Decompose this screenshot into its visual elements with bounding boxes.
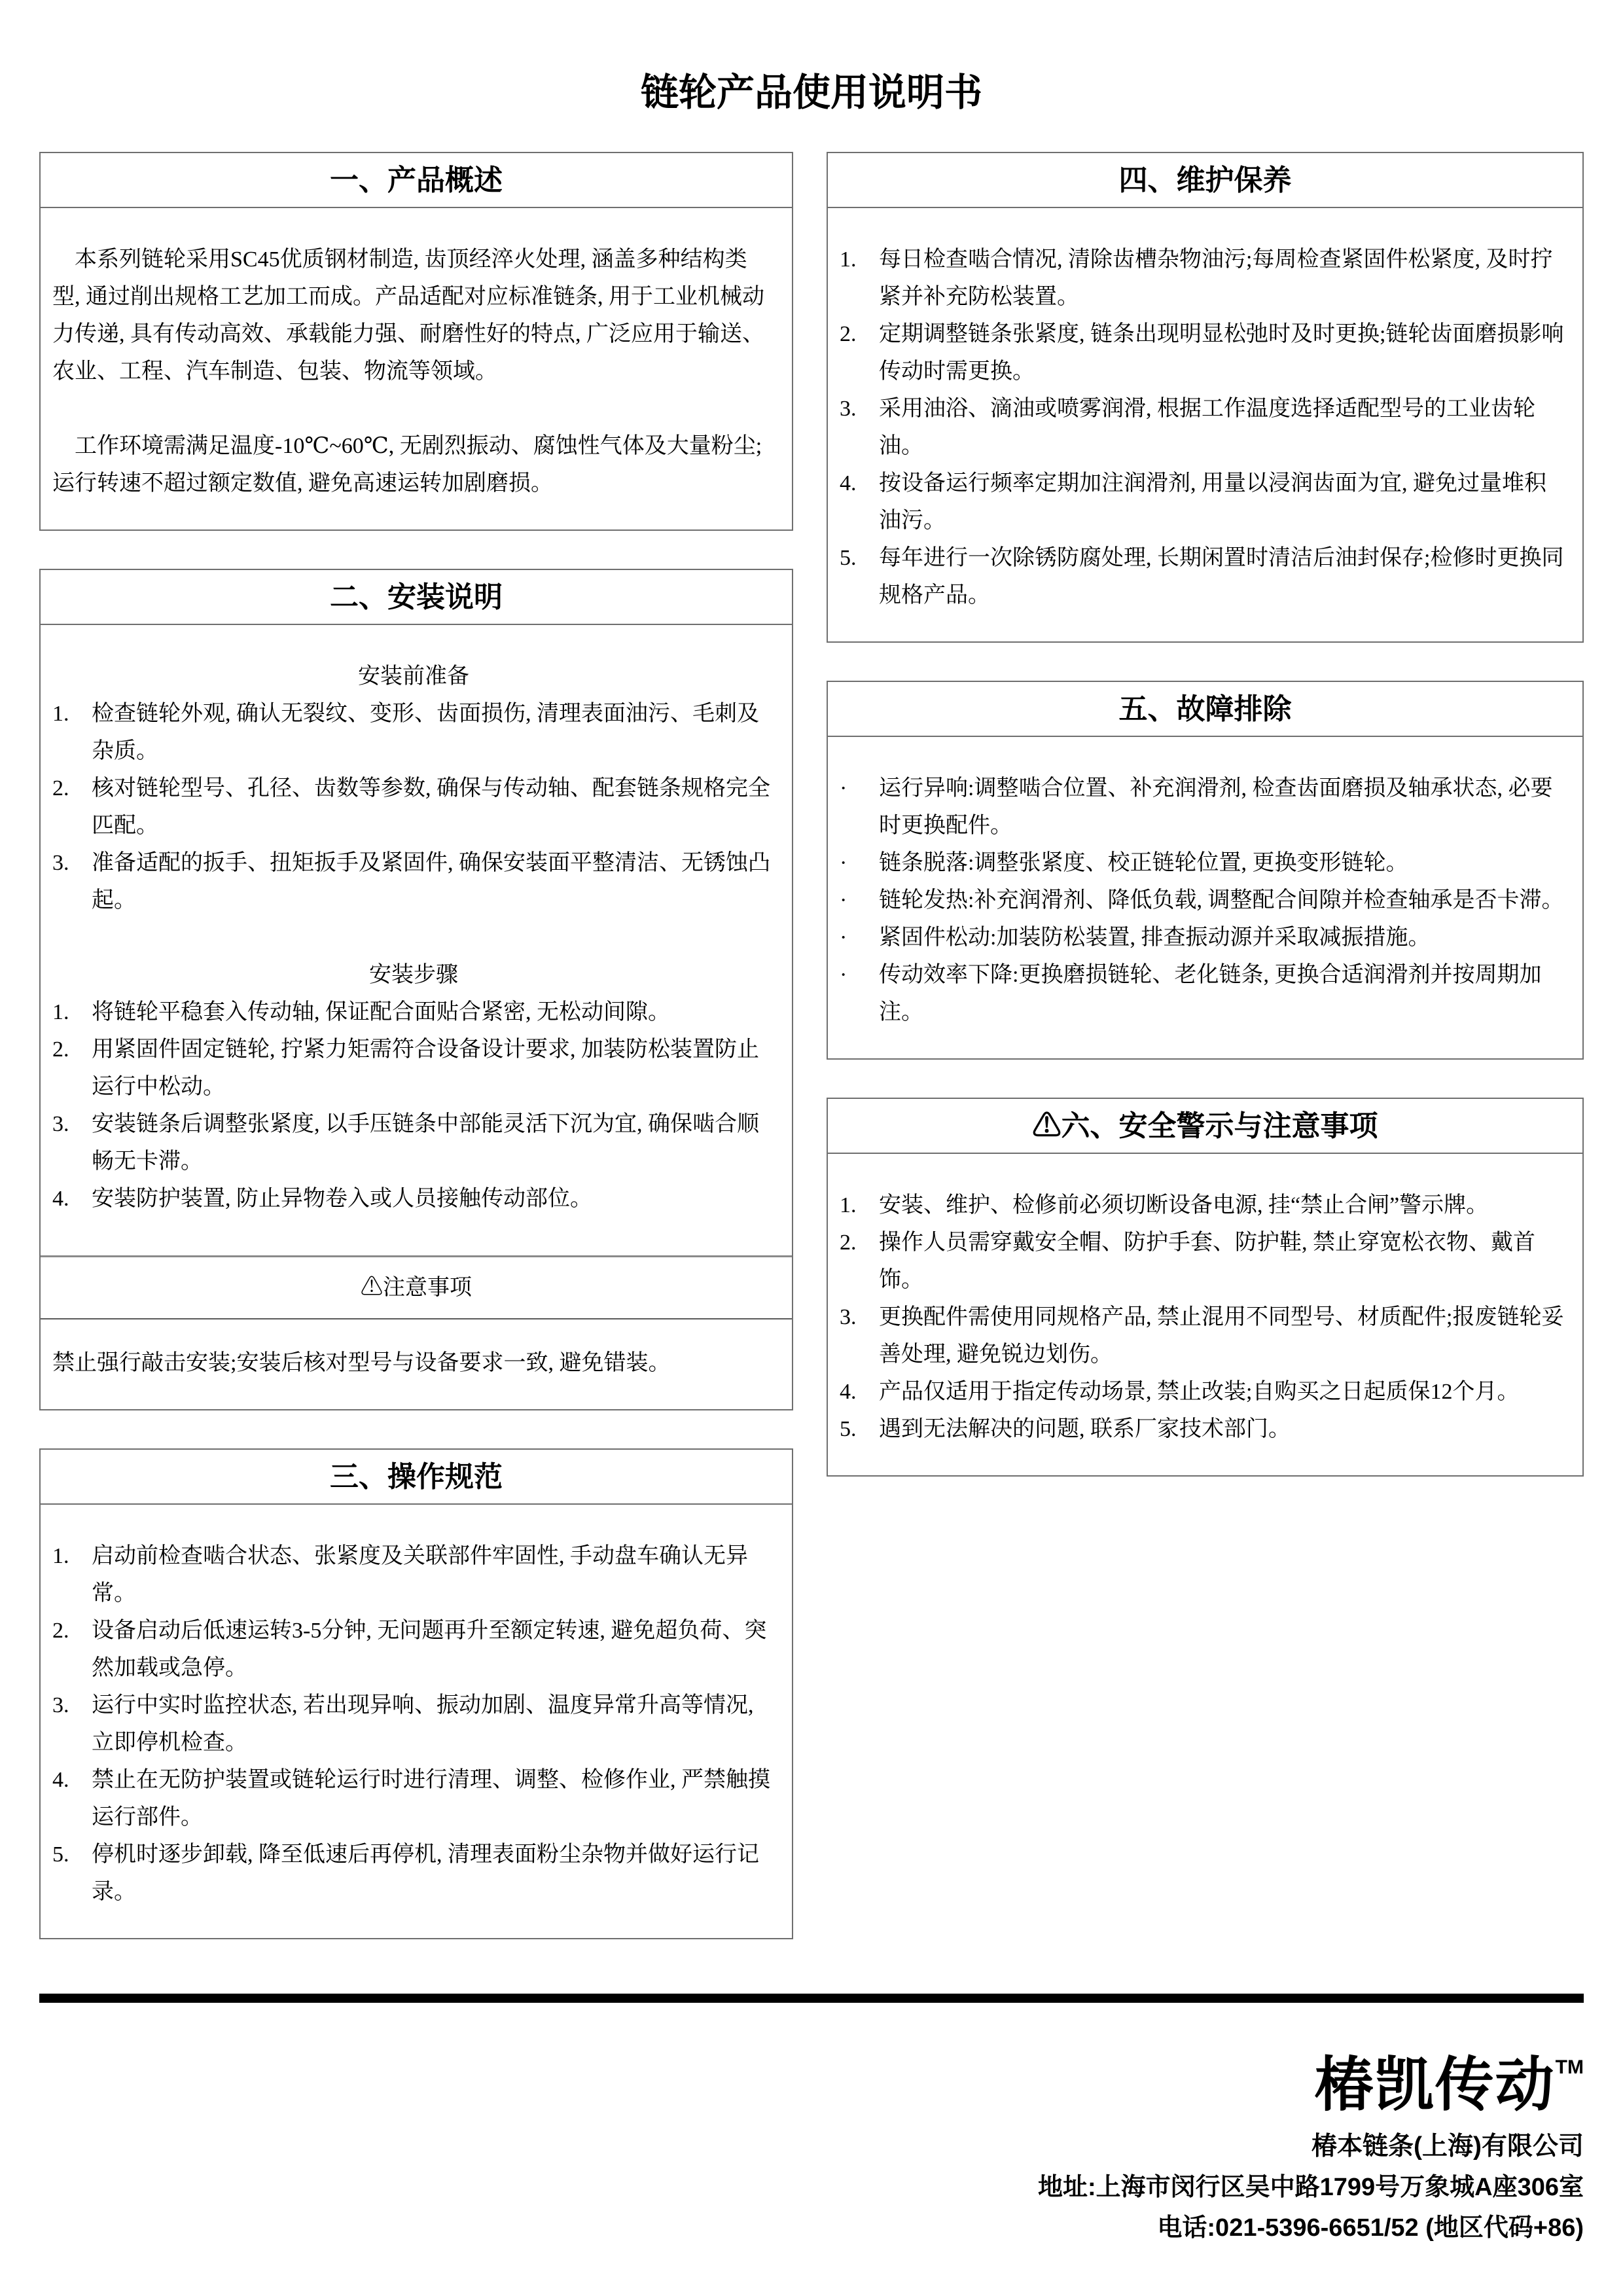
list-item-text: 核对链轮型号、孔径、齿数等参数, 确保与传动轴、配套链条规格完全匹配。 xyxy=(92,770,775,844)
list-item-text: 采用油浴、滴油或喷雾润滑, 根据工作温度选择适配型号的工业齿轮油。 xyxy=(879,390,1565,465)
list-marker xyxy=(52,994,92,1031)
overview-paragraph: 工作环境需满足温度-10℃~60℃, 无剧烈振动、腐蚀性气体及大量粉尘;运行转速… xyxy=(52,427,775,502)
list-marker xyxy=(840,1299,879,1373)
list-marker xyxy=(840,539,879,614)
list-marker xyxy=(52,1761,92,1836)
section-troubleshooting-body: 运行异响:调整啮合位置、补充润滑剂, 检查齿面磨损及轴承状态, 必要时更换配件。… xyxy=(828,737,1582,1058)
list-item-text: 产品仅适用于指定传动场景, 禁止改装;自购买之日起质保12个月。 xyxy=(879,1373,1565,1410)
list-item-text: 禁止在无防护装置或链轮运行时进行清理、调整、检修作业, 严禁触摸运行部件。 xyxy=(92,1761,775,1836)
bullet-marker xyxy=(840,770,879,844)
company-address: 地址:上海市闵行区吴中路1799号万象城A座306室 xyxy=(39,2173,1584,2202)
list-item: 核对链轮型号、孔径、齿数等参数, 确保与传动轴、配套链条规格完全匹配。 xyxy=(52,770,775,844)
list-item: 安装链条后调整张紧度, 以手压链条中部能灵活下沉为宜, 确保啮合顺畅无卡滞。 xyxy=(52,1105,775,1180)
list-item-text: 操作人员需穿戴安全帽、防护手套、防护鞋, 禁止穿宽松衣物、戴首饰。 xyxy=(879,1224,1565,1299)
list-item-text: 传动效率下降:更换磨损链轮、老化链条, 更换合适润滑剂并按周期加注。 xyxy=(879,956,1565,1031)
list-item-text: 遇到无法解决的问题, 联系厂家技术部门。 xyxy=(879,1410,1565,1448)
bullet-marker xyxy=(840,919,879,956)
list-item: 操作人员需穿戴安全帽、防护手套、防护鞋, 禁止穿宽松衣物、戴首饰。 xyxy=(840,1224,1565,1299)
list-marker xyxy=(52,1031,92,1105)
list-item-text: 用紧固件固定链轮, 拧紧力矩需符合设备设计要求, 加装防松装置防止运行中松动。 xyxy=(92,1031,775,1105)
list-item-text: 链轮发热:补充润滑剂、降低负载, 调整配合间隙并检查轴承是否卡滞。 xyxy=(879,882,1565,919)
troubleshooting-list: 运行异响:调整啮合位置、补充润滑剂, 检查齿面磨损及轴承状态, 必要时更换配件。… xyxy=(840,770,1565,1031)
footer-divider-bar xyxy=(39,1994,1584,2003)
bullet-marker xyxy=(840,844,879,882)
bullet-marker xyxy=(840,882,879,919)
section-maintenance-body: 每日检查啮合情况, 清除齿槽杂物油污;每周检查紧固件松紧度, 及时拧紧并补充防松… xyxy=(828,208,1582,641)
list-item-text: 检查链轮外观, 确认无裂纹、变形、齿面损伤, 清理表面油污、毛刺及杂质。 xyxy=(92,695,775,770)
list-item-text: 每年进行一次除锈防腐处理, 长期闲置时清洁后油封保存;检修时更换同规格产品。 xyxy=(879,539,1565,614)
list-item-text: 将链轮平稳套入传动轴, 保证配合面贴合紧密, 无松动间隙。 xyxy=(92,994,775,1031)
list-item-text: 按设备运行频率定期加注润滑剂, 用量以浸润齿面为宜, 避免过量堆积油污。 xyxy=(879,465,1565,539)
section-install-box: 二、安装说明 安装前准备 检查链轮外观, 确认无裂纹、变形、齿面损伤, 清理表面… xyxy=(39,569,793,1410)
list-marker xyxy=(52,1537,92,1612)
section-safety-body: 安装、维护、检修前必须切断设备电源, 挂“禁止合闸”警示牌。 操作人员需穿戴安全… xyxy=(828,1154,1582,1475)
list-item-text: 安装链条后调整张紧度, 以手压链条中部能灵活下沉为宜, 确保啮合顺畅无卡滞。 xyxy=(92,1105,775,1180)
list-item: 停机时逐步卸载, 降至低速后再停机, 清理表面粉尘杂物并做好运行记录。 xyxy=(52,1836,775,1910)
install-notice-block: ⚠注意事项 禁止强行敲击安装;安装后核对型号与设备要求一致, 避免错装。 xyxy=(41,1255,792,1382)
list-item: 每日检查啮合情况, 清除齿槽杂物油污;每周检查紧固件松紧度, 及时拧紧并补充防松… xyxy=(840,241,1565,315)
list-marker xyxy=(52,1180,92,1217)
list-marker xyxy=(840,241,879,315)
left-column: 一、产品概述 本系列链轮采用SC45优质钢材制造, 齿顶经淬火处理, 涵盖多种结… xyxy=(39,152,793,1977)
list-marker xyxy=(840,315,879,390)
list-item: 安装、维护、检修前必须切断设备电源, 挂“禁止合闸”警示牌。 xyxy=(840,1187,1565,1224)
section-maintenance-box: 四、维护保养 每日检查啮合情况, 清除齿槽杂物油污;每周检查紧固件松紧度, 及时… xyxy=(827,152,1584,643)
section-overview-title: 一、产品概述 xyxy=(41,153,792,208)
list-item-text: 更换配件需使用同规格产品, 禁止混用不同型号、材质配件;报废链轮妥善处理, 避免… xyxy=(879,1299,1565,1373)
brand-logo-text: 椿凯传动 xyxy=(1315,2050,1556,2119)
list-marker xyxy=(840,1187,879,1224)
page-title: 链轮产品使用说明书 xyxy=(0,0,1623,113)
list-marker xyxy=(52,1836,92,1910)
list-marker xyxy=(52,770,92,844)
section-safety-title: ⚠六、安全警示与注意事项 xyxy=(828,1099,1582,1154)
list-item: 运行中实时监控状态, 若出现异响、振动加剧、温度异常升高等情况, 立即停机检查。 xyxy=(52,1687,775,1761)
list-item: 准备适配的扳手、扭矩扳手及紧固件, 确保安装面平整清洁、无锈蚀凸起。 xyxy=(52,844,775,919)
maintenance-list: 每日检查啮合情况, 清除齿槽杂物油污;每周检查紧固件松紧度, 及时拧紧并补充防松… xyxy=(840,241,1565,614)
install-steps-list: 将链轮平稳套入传动轴, 保证配合面贴合紧密, 无松动间隙。 用紧固件固定链轮, … xyxy=(52,994,775,1217)
list-item: 启动前检查啮合状态、张紧度及关联部件牢固性, 手动盘车确认无异常。 xyxy=(52,1537,775,1612)
overview-paragraph: 本系列链轮采用SC45优质钢材制造, 齿顶经淬火处理, 涵盖多种结构类型, 通过… xyxy=(52,241,775,390)
section-overview-box: 一、产品概述 本系列链轮采用SC45优质钢材制造, 齿顶经淬火处理, 涵盖多种结… xyxy=(39,152,793,531)
list-item: 每年进行一次除锈防腐处理, 长期闲置时清洁后油封保存;检修时更换同规格产品。 xyxy=(840,539,1565,614)
list-marker xyxy=(52,1612,92,1687)
list-item: 按设备运行频率定期加注润滑剂, 用量以浸润齿面为宜, 避免过量堆积油污。 xyxy=(840,465,1565,539)
install-notice-title: ⚠注意事项 xyxy=(41,1257,792,1319)
list-item: 检查链轮外观, 确认无裂纹、变形、齿面损伤, 清理表面油污、毛刺及杂质。 xyxy=(52,695,775,770)
section-troubleshooting-title: 五、故障排除 xyxy=(828,682,1582,737)
install-notice-text: 禁止强行敲击安装;安装后核对型号与设备要求一致, 避免错装。 xyxy=(41,1319,792,1382)
list-item-text: 停机时逐步卸载, 降至低速后再停机, 清理表面粉尘杂物并做好运行记录。 xyxy=(92,1836,775,1910)
section-install-body: 安装前准备 检查链轮外观, 确认无裂纹、变形、齿面损伤, 清理表面油污、毛刺及杂… xyxy=(41,625,792,1409)
list-marker xyxy=(52,1687,92,1761)
section-overview-body: 本系列链轮采用SC45优质钢材制造, 齿顶经淬火处理, 涵盖多种结构类型, 通过… xyxy=(41,208,792,529)
company-info: 椿本链条(上海)有限公司 地址:上海市闵行区吴中路1799号万象城A座306室 … xyxy=(39,2132,1584,2242)
company-name: 椿本链条(上海)有限公司 xyxy=(39,2132,1584,2161)
list-item: 更换配件需使用同规格产品, 禁止混用不同型号、材质配件;报废链轮妥善处理, 避免… xyxy=(840,1299,1565,1373)
company-phone: 电话:021-5396-6651/52 (地区代码+86) xyxy=(39,2214,1584,2242)
section-maintenance-title: 四、维护保养 xyxy=(828,153,1582,208)
list-item: 用紧固件固定链轮, 拧紧力矩需符合设备设计要求, 加装防松装置防止运行中松动。 xyxy=(52,1031,775,1105)
list-item: 链条脱落:调整张紧度、校正链轮位置, 更换变形链轮。 xyxy=(840,844,1565,882)
list-item-text: 准备适配的扳手、扭矩扳手及紧固件, 确保安装面平整清洁、无锈蚀凸起。 xyxy=(92,844,775,919)
trademark-symbol: TM xyxy=(1556,2056,1584,2078)
list-item: 运行异响:调整啮合位置、补充润滑剂, 检查齿面磨损及轴承状态, 必要时更换配件。 xyxy=(840,770,1565,844)
section-operation-box: 三、操作规范 启动前检查啮合状态、张紧度及关联部件牢固性, 手动盘车确认无异常。… xyxy=(39,1448,793,1939)
list-marker xyxy=(840,390,879,465)
operation-list: 启动前检查啮合状态、张紧度及关联部件牢固性, 手动盘车确认无异常。 设备启动后低… xyxy=(52,1537,775,1910)
list-item-text: 运行中实时监控状态, 若出现异响、振动加剧、温度异常升高等情况, 立即停机检查。 xyxy=(92,1687,775,1761)
list-item: 紧固件松动:加装防松装置, 排查振动源并采取减振措施。 xyxy=(840,919,1565,956)
list-item-text: 运行异响:调整啮合位置、补充润滑剂, 检查齿面磨损及轴承状态, 必要时更换配件。 xyxy=(879,770,1565,844)
list-marker xyxy=(840,1224,879,1299)
section-safety-box: ⚠六、安全警示与注意事项 安装、维护、检修前必须切断设备电源, 挂“禁止合闸”警… xyxy=(827,1098,1584,1477)
install-prep-list: 检查链轮外观, 确认无裂纹、变形、齿面损伤, 清理表面油污、毛刺及杂质。 核对链… xyxy=(52,695,775,919)
list-item-text: 链条脱落:调整张紧度、校正链轮位置, 更换变形链轮。 xyxy=(879,844,1565,882)
install-prep-subtitle: 安装前准备 xyxy=(52,658,775,695)
two-column-layout: 一、产品概述 本系列链轮采用SC45优质钢材制造, 齿顶经淬火处理, 涵盖多种结… xyxy=(0,152,1623,1977)
list-item: 安装防护装置, 防止异物卷入或人员接触传动部位。 xyxy=(52,1180,775,1217)
list-marker xyxy=(840,1373,879,1410)
list-item: 遇到无法解决的问题, 联系厂家技术部门。 xyxy=(840,1410,1565,1448)
manual-page: 链轮产品使用说明书 一、产品概述 本系列链轮采用SC45优质钢材制造, 齿顶经淬… xyxy=(0,0,1623,2296)
section-operation-body: 启动前检查啮合状态、张紧度及关联部件牢固性, 手动盘车确认无异常。 设备启动后低… xyxy=(41,1505,792,1938)
list-marker xyxy=(840,1410,879,1448)
list-marker xyxy=(52,695,92,770)
list-marker xyxy=(840,465,879,539)
list-item: 禁止在无防护装置或链轮运行时进行清理、调整、检修作业, 严禁触摸运行部件。 xyxy=(52,1761,775,1836)
list-item: 设备启动后低速运转3-5分钟, 无问题再升至额定转速, 避免超负荷、突然加载或急… xyxy=(52,1612,775,1687)
list-item-text: 紧固件松动:加装防松装置, 排查振动源并采取减振措施。 xyxy=(879,919,1565,956)
safety-list: 安装、维护、检修前必须切断设备电源, 挂“禁止合闸”警示牌。 操作人员需穿戴安全… xyxy=(840,1187,1565,1448)
list-item-text: 安装、维护、检修前必须切断设备电源, 挂“禁止合闸”警示牌。 xyxy=(879,1187,1565,1224)
list-item: 链轮发热:补充润滑剂、降低负载, 调整配合间隙并检查轴承是否卡滞。 xyxy=(840,882,1565,919)
section-install-title: 二、安装说明 xyxy=(41,570,792,625)
list-item-text: 定期调整链条张紧度, 链条出现明显松弛时及时更换;链轮齿面磨损影响传动时需更换。 xyxy=(879,315,1565,390)
list-item: 定期调整链条张紧度, 链条出现明显松弛时及时更换;链轮齿面磨损影响传动时需更换。 xyxy=(840,315,1565,390)
list-item-text: 每日检查啮合情况, 清除齿槽杂物油污;每周检查紧固件松紧度, 及时拧紧并补充防松… xyxy=(879,241,1565,315)
section-operation-title: 三、操作规范 xyxy=(41,1450,792,1505)
bullet-marker xyxy=(840,956,879,1031)
list-item-text: 启动前检查啮合状态、张紧度及关联部件牢固性, 手动盘车确认无异常。 xyxy=(92,1537,775,1612)
list-item: 采用油浴、滴油或喷雾润滑, 根据工作温度选择适配型号的工业齿轮油。 xyxy=(840,390,1565,465)
brand-logo: 椿凯传动TM xyxy=(39,2037,1584,2115)
right-column: 四、维护保养 每日检查啮合情况, 清除齿槽杂物油污;每周检查紧固件松紧度, 及时… xyxy=(827,152,1584,1515)
list-marker xyxy=(52,844,92,919)
list-item-text: 安装防护装置, 防止异物卷入或人员接触传动部位。 xyxy=(92,1180,775,1217)
section-troubleshooting-box: 五、故障排除 运行异响:调整啮合位置、补充润滑剂, 检查齿面磨损及轴承状态, 必… xyxy=(827,681,1584,1060)
list-marker xyxy=(52,1105,92,1180)
install-steps-subtitle: 安装步骤 xyxy=(52,956,775,994)
list-item: 传动效率下降:更换磨损链轮、老化链条, 更换合适润滑剂并按周期加注。 xyxy=(840,956,1565,1031)
list-item: 产品仅适用于指定传动场景, 禁止改装;自购买之日起质保12个月。 xyxy=(840,1373,1565,1410)
list-item: 将链轮平稳套入传动轴, 保证配合面贴合紧密, 无松动间隙。 xyxy=(52,994,775,1031)
list-item-text: 设备启动后低速运转3-5分钟, 无问题再升至额定转速, 避免超负荷、突然加载或急… xyxy=(92,1612,775,1687)
footer: 椿凯传动TM 椿本链条(上海)有限公司 地址:上海市闵行区吴中路1799号万象城… xyxy=(39,1994,1584,2242)
